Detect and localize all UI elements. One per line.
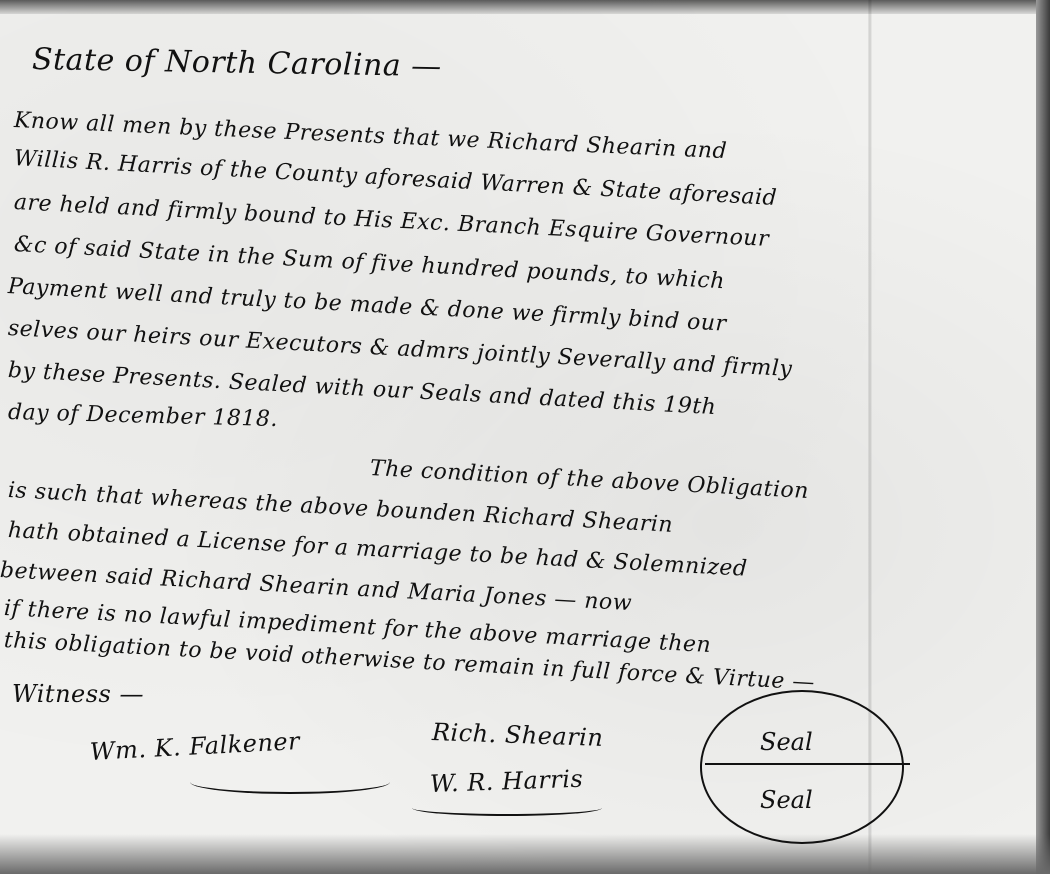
- seal-oval: [700, 690, 904, 844]
- paper-right-edge: [1036, 0, 1050, 874]
- paper-bottom-edge: [0, 834, 1050, 874]
- paper-top-edge: [0, 0, 1050, 14]
- witness-label: Witness —: [12, 680, 144, 708]
- document-heading: State of North Carolina —: [32, 42, 442, 84]
- signature-principal: Rich. Shearin: [432, 718, 604, 752]
- signature-surety: W. R. Harris: [430, 765, 584, 798]
- seal-label-2: Seal: [760, 786, 813, 814]
- seal-label-1: Seal: [760, 728, 813, 756]
- signature-flourish: [412, 800, 602, 816]
- seal-divider: [705, 763, 910, 765]
- document-page: State of North Carolina — Know all men b…: [0, 0, 1050, 874]
- witness-flourish: [190, 770, 390, 794]
